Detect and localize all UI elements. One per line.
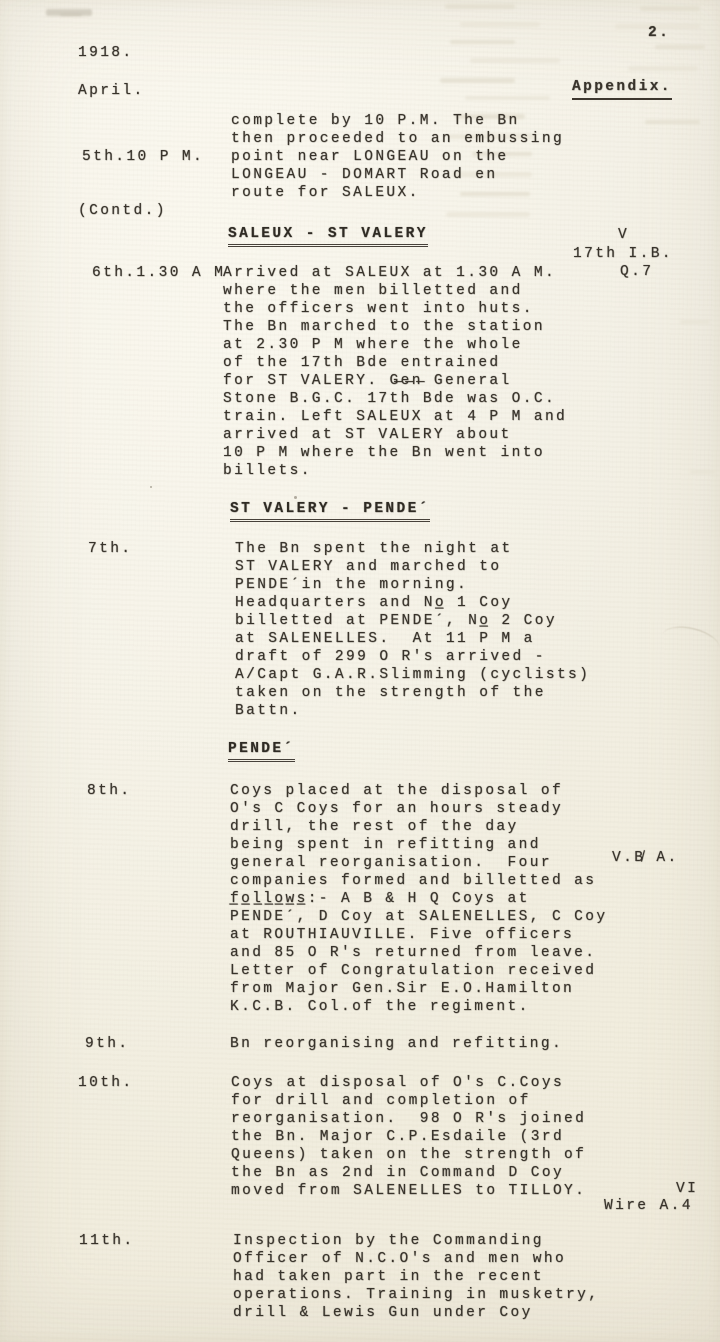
- text-line: being spent in refitting and: [230, 836, 607, 854]
- text-line: reorganisation. 98 O R's joined: [231, 1110, 586, 1128]
- entry-date-8th: 8th.: [87, 782, 131, 800]
- text-line: f̲o̲l̲l̲o̲w̲s̲:- A B & H Q Coys at: [230, 890, 607, 908]
- text-line: train. Left SALEUX at 4 P M and: [223, 408, 567, 426]
- entry-date-10th: 10th.: [78, 1074, 134, 1092]
- entry-date-line: (Contd.): [78, 202, 204, 220]
- text-line: Coys at disposal of O's C.Coys: [231, 1074, 586, 1092]
- ink-speck: [294, 496, 297, 499]
- margin-note-17th-ib: 17th I.B.: [573, 245, 673, 263]
- appendix-header-label: Appendix.: [572, 78, 672, 100]
- margin-note-v: V: [618, 226, 629, 244]
- margin-note-wire-a4: Wire A.4: [604, 1197, 693, 1215]
- text-line: Headquarters and No̲ 1 Coy: [235, 594, 590, 612]
- text-line: moved from SALENELLES to TILLOY.: [231, 1182, 586, 1200]
- text-line: operations. Training in musketry,: [233, 1286, 599, 1304]
- section-heading-label: PENDE´: [228, 740, 295, 762]
- page-number: 2.: [648, 24, 670, 42]
- entry-date-9th: 9th.: [85, 1035, 129, 1053]
- text-line: complete by 10 P.M. The Bn: [231, 112, 564, 130]
- text-line: had taken part in the recent: [233, 1268, 599, 1286]
- text-line: taken on the strength of the: [235, 684, 590, 702]
- entry-body-6th: Arrived at SALEUX at 1.30 A M.where the …: [223, 264, 567, 480]
- section-heading-pende: PENDE´: [228, 740, 295, 762]
- text-line: route for SALEUX.: [231, 184, 564, 202]
- text-line: O's C Coys for an hours steady: [230, 800, 607, 818]
- text-line: Battn.: [235, 702, 590, 720]
- entry-body-8th: Coys placed at the disposal ofO's C Coys…: [230, 782, 607, 1016]
- entry-date-line: 5th.10 P M.: [78, 148, 204, 166]
- text-line: A/Capt G.A.R.Slimming (cyclists): [235, 666, 590, 684]
- text-line: point near LONGEAU on the: [231, 148, 564, 166]
- text-line: general reorganisation. Four: [230, 854, 607, 872]
- entry-date-7th: 7th.: [88, 540, 132, 558]
- text-line: K.C.B. Col.of the regiment.: [230, 998, 607, 1016]
- text-line: draft of 299 O R's arrived -: [235, 648, 590, 666]
- text-line: Officer of N.C.O's and men who: [233, 1250, 599, 1268]
- text-line: Inspection by the Commanding: [233, 1232, 599, 1250]
- entry-body-11th: Inspection by the CommandingOfficer of N…: [233, 1232, 599, 1322]
- entry-date-6th: 6th.1.30 A M: [92, 264, 225, 282]
- text-line: Arrived at SALEUX at 1.30 A M.: [223, 264, 567, 282]
- entry-body-5th: complete by 10 P.M. The Bnthen proceeded…: [231, 112, 564, 202]
- text-line: at 2.30 P M where the whole: [223, 336, 567, 354]
- text-line: the Bn. Major C.P.Esdaile (3rd: [231, 1128, 586, 1146]
- section-heading-label: SALEUX - ST VALERY: [228, 225, 428, 247]
- margin-note-q7: Q.7: [620, 263, 653, 281]
- text-line: ST VALERY and marched to: [235, 558, 590, 576]
- entry-body-10th: Coys at disposal of O's C.Coysfor drill …: [231, 1074, 586, 1200]
- text-line: drill, the rest of the day: [230, 818, 607, 836]
- text-line: for ST VALERY. G̶e̶n̶ General: [223, 372, 567, 390]
- war-diary-page: 2. 1918. April. Appendix. 5th.10 P M. (C…: [0, 0, 720, 1342]
- text-line: LONGEAU - DOMART Road en: [231, 166, 564, 184]
- margin-note-v-b-a: V.B̸ A.: [612, 849, 679, 867]
- margin-note-vi: VI: [676, 1180, 698, 1198]
- text-line: billets.: [223, 462, 567, 480]
- text-line: at ROUTHIAUVILLE. Five officers: [230, 926, 607, 944]
- text-line: Stone B.G.C. 17th Bde was O.C.: [223, 390, 567, 408]
- ink-speck: [150, 486, 152, 488]
- text-line: and 85 O R's returned from leave.: [230, 944, 607, 962]
- entry-date-11th: 11th.: [79, 1232, 135, 1250]
- text-line: billetted at PENDE´, No̲ 2 Coy: [235, 612, 590, 630]
- section-heading-st-valery-pende: ST VALERY - PENDE´: [230, 500, 430, 522]
- text-line: drill & Lewis Gun under Coy: [233, 1304, 599, 1322]
- text-line: 10 P M where the Bn went into: [223, 444, 567, 462]
- text-line: Letter of Congratulation received: [230, 962, 607, 980]
- entry-body-7th: The Bn spent the night atST VALERY and m…: [235, 540, 590, 720]
- text-line: then proceeded to an embussing: [231, 130, 564, 148]
- text-line: Bn reorganising and refitting.: [230, 1035, 563, 1053]
- paper-crease: [660, 621, 720, 661]
- text-line: The Bn spent the night at: [235, 540, 590, 558]
- entry-body-9th: Bn reorganising and refitting.: [230, 1035, 563, 1053]
- text-line: PENDE´in the morning.: [235, 576, 590, 594]
- text-line: Coys placed at the disposal of: [230, 782, 607, 800]
- text-line: the officers went into huts.: [223, 300, 567, 318]
- text-line: where the men billetted and: [223, 282, 567, 300]
- entry-date-5th: 5th.10 P M. (Contd.): [78, 112, 204, 256]
- text-line: PENDE´, D Coy at SALENELLES, C Coy: [230, 908, 607, 926]
- section-heading-label: ST VALERY - PENDE´: [230, 500, 430, 522]
- text-line: of the 17th Bde entrained: [223, 354, 567, 372]
- text-line: companies formed and billetted as: [230, 872, 607, 890]
- month-label: April.: [78, 82, 145, 100]
- section-heading-saleux-st-valery: SALEUX - ST VALERY: [228, 225, 428, 247]
- appendix-header: Appendix.: [572, 78, 672, 100]
- text-line: Queens) taken on the strength of: [231, 1146, 586, 1164]
- text-line: arrived at ST VALERY about: [223, 426, 567, 444]
- year-label: 1918.: [78, 44, 134, 62]
- text-line: for drill and completion of: [231, 1092, 586, 1110]
- text-line: from Major Gen.Sir E.O.Hamilton: [230, 980, 607, 998]
- text-line: at SALENELLES. At 11 P M a: [235, 630, 590, 648]
- text-line: The Bn marched to the station: [223, 318, 567, 336]
- text-line: the Bn as 2nd in Command D Coy: [231, 1164, 586, 1182]
